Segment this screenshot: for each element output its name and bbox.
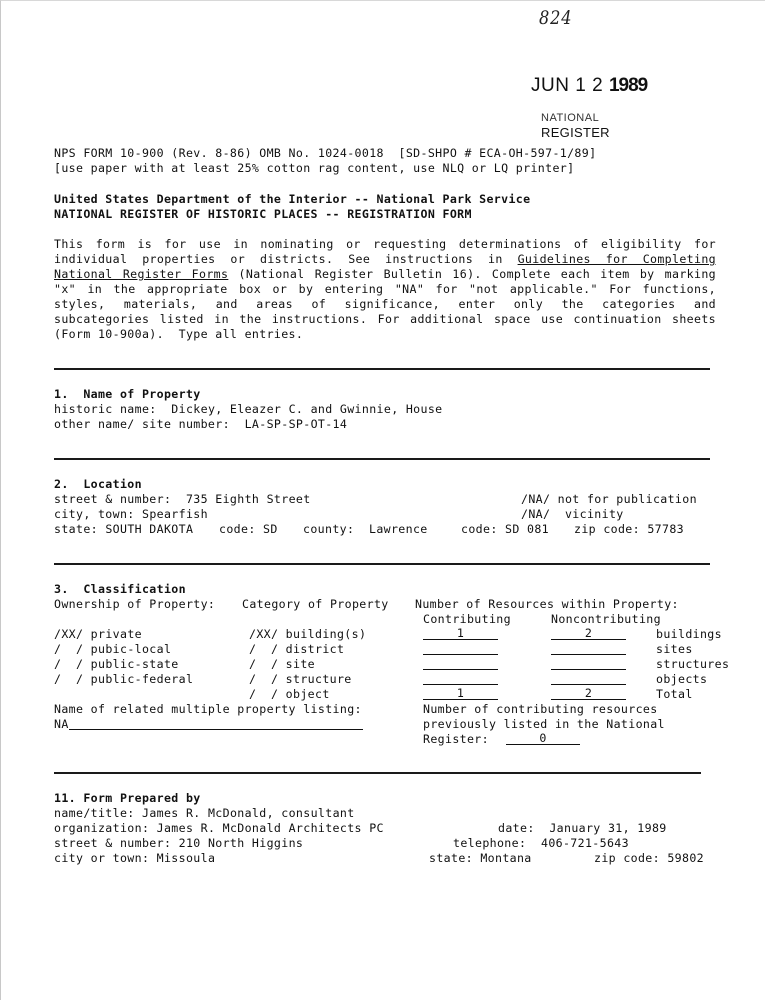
- guidelines-link: Guidelines for Completing: [518, 252, 716, 266]
- organization-row: organization: James R. McDonald Architec…: [54, 821, 384, 836]
- date-value: January 31, 1989: [549, 821, 666, 835]
- instructions-text: individual properties or districts. See …: [54, 252, 518, 266]
- form-number-line: NPS FORM 10-900 (Rev. 8-86) OMB No. 1024…: [54, 146, 596, 161]
- preparer-state-value: Montana: [480, 851, 531, 865]
- contributing-structures: [423, 657, 498, 670]
- contributing-sites: [423, 642, 498, 655]
- preparer-state-label: state:: [429, 851, 473, 865]
- instructions-text: (National Register Bulletin 16). Complet…: [228, 267, 716, 281]
- street-row: street & number: 735 Eighth Street: [54, 492, 311, 507]
- registration-form-page: 824 JUN 1 2 1989 NATIONAL REGISTER NPS F…: [0, 0, 765, 1000]
- instructions-line-1: This form is for use in nominating or re…: [54, 237, 716, 252]
- option-label: object: [286, 687, 330, 701]
- checkbox-mark: /XX/: [54, 627, 83, 641]
- noncontributing-label: Noncontributing: [551, 612, 661, 627]
- ownership-public-local: / / pubic-local: [54, 642, 171, 657]
- state-label: state:: [54, 522, 98, 536]
- checkbox-mark: / /: [249, 672, 278, 686]
- county-code: code: SD 081: [461, 522, 549, 537]
- street-value: 735 Eighth Street: [186, 492, 311, 506]
- checkbox-mark: /XX/: [249, 627, 278, 641]
- preparer-zip-label: zip code:: [594, 851, 660, 865]
- state-value: SOUTH DAKOTA: [105, 522, 193, 536]
- handwritten-page-number: 824: [539, 7, 572, 29]
- county-value: Lawrence: [369, 522, 428, 536]
- category-buildings: /XX/ building(s): [249, 627, 366, 642]
- county-code-label: code:: [461, 522, 498, 536]
- historic-name-row: historic name: Dickey, Eleazer C. and Gw…: [54, 402, 443, 417]
- section-divider: [54, 772, 701, 774]
- option-label: public-state: [91, 657, 179, 671]
- historic-name-label: historic name:: [54, 402, 157, 416]
- noncontributing-total: 2: [551, 687, 626, 700]
- vicinity: /NA/ vicinity: [521, 507, 624, 522]
- option-label: district: [286, 642, 345, 656]
- option-label: structure: [286, 672, 352, 686]
- preparer-street-row: street & number: 210 North Higgins: [54, 836, 303, 851]
- city-value: Spearfish: [142, 507, 208, 521]
- ownership-public-federal: / / public-federal: [54, 672, 193, 687]
- option-label: public-federal: [91, 672, 194, 686]
- option-label: building(s): [286, 627, 367, 641]
- instructions-line-6: subcategories listed in the instructions…: [54, 312, 716, 327]
- organization-value: James R. McDonald Architects PC: [157, 821, 384, 835]
- instructions-line-4: "x" in the appropriate box or by enterin…: [54, 282, 716, 297]
- preparer-state-row: state: Montana: [429, 851, 532, 866]
- category-district: / / district: [249, 642, 344, 657]
- category-site: / / site: [249, 657, 315, 672]
- resource-label-structures: structures: [656, 657, 729, 672]
- section-divider: [54, 458, 710, 460]
- city-label: city, town:: [54, 507, 135, 521]
- ownership-private: /XX/ private: [54, 627, 142, 642]
- street-label: street & number:: [54, 492, 171, 506]
- date-row: date: January 31, 1989: [498, 821, 667, 836]
- county: county: Lawrence: [303, 522, 428, 537]
- resource-label-buildings: buildings: [656, 627, 722, 642]
- city-row: city, town: Spearfish: [54, 507, 208, 522]
- preparer-city-label: city or town:: [54, 851, 149, 865]
- noncontributing-buildings: 2: [551, 627, 626, 640]
- option-label: pubic-local: [91, 642, 172, 656]
- preparer-street-value: 210 North Higgins: [179, 836, 304, 850]
- other-name-label: other name/ site number:: [54, 417, 230, 431]
- checkbox-mark: / /: [249, 657, 278, 671]
- option-label: private: [91, 627, 142, 641]
- preparer-name-label: name/title:: [54, 806, 135, 820]
- resources-label: Number of Resources within Property:: [415, 597, 679, 612]
- resource-label-sites: sites: [656, 642, 693, 657]
- preparer-name-value: James R. McDonald, consultant: [142, 806, 355, 820]
- noncontributing-objects: [551, 672, 626, 685]
- county-code-value: SD 081: [505, 522, 549, 536]
- preparer-street-label: street & number:: [54, 836, 171, 850]
- telephone-row: telephone: 406-721-5643: [453, 836, 629, 851]
- historic-name-value: Dickey, Eleazer C. and Gwinnie, House: [171, 402, 442, 416]
- other-name-value: LA-SP-SP-OT-14: [245, 417, 348, 431]
- contributing-buildings: 1: [423, 627, 498, 640]
- previously-listed-line-1: Number of contributing resources: [423, 702, 658, 717]
- zip-value: 57783: [647, 522, 684, 536]
- zip-label: zip code:: [574, 522, 640, 536]
- date-label: date:: [498, 821, 535, 835]
- stamp-national: NATIONAL: [541, 112, 599, 124]
- section-2-heading: 2. Location: [54, 477, 142, 492]
- category-label: Category of Property: [242, 597, 389, 612]
- category-structure: / / structure: [249, 672, 352, 687]
- instructions-line-2: individual properties or districts. See …: [54, 252, 716, 267]
- instructions-line-3: National Register Forms (National Regist…: [54, 267, 716, 282]
- state-code-label: code:: [219, 522, 256, 536]
- ownership-public-state: / / public-state: [54, 657, 179, 672]
- preparer-city-row: city or town: Missoula: [54, 851, 215, 866]
- previously-listed-value: 0: [506, 732, 580, 745]
- county-label: county:: [303, 522, 354, 536]
- other-name-row: other name/ site number: LA-SP-SP-OT-14: [54, 417, 347, 432]
- multiple-listing-value: NA: [54, 717, 69, 732]
- agency-title: United States Department of the Interior…: [54, 192, 530, 207]
- checkbox-mark: / /: [249, 642, 278, 656]
- stamp-day: 1 2: [575, 75, 603, 96]
- preparer-city-value: Missoula: [157, 851, 216, 865]
- preparer-zip-row: zip code: 59802: [594, 851, 704, 866]
- ownership-label: Ownership of Property:: [54, 597, 215, 612]
- contributing-objects: [423, 672, 498, 685]
- paper-instructions-line: [use paper with at least 25% cotton rag …: [54, 161, 574, 176]
- section-1-heading: 1. Name of Property: [54, 387, 201, 402]
- telephone-value: 406-721-5643: [541, 836, 629, 850]
- telephone-label: telephone:: [453, 836, 526, 850]
- stamp-month: JUN: [531, 75, 569, 96]
- multiple-listing-label: Name of related multiple property listin…: [54, 702, 362, 717]
- checkbox-mark: / /: [54, 672, 83, 686]
- section-11-heading: 11. Form Prepared by: [54, 791, 201, 806]
- preparer-zip-value: 59802: [667, 851, 704, 865]
- contributing-total: 1: [423, 687, 498, 700]
- received-date-stamp: JUN 1 2 1989: [531, 75, 647, 97]
- instructions-line-7: (Form 10-900a). Type all entries.: [54, 327, 303, 342]
- form-title: NATIONAL REGISTER OF HISTORIC PLACES -- …: [54, 207, 472, 222]
- resource-label-total: Total: [656, 687, 693, 702]
- previously-listed-line-2: previously listed in the National: [423, 717, 665, 732]
- state-row: state: SOUTH DAKOTA: [54, 522, 193, 537]
- state-code: code: SD: [219, 522, 278, 537]
- not-for-publication: /NA/ not for publication: [521, 492, 697, 507]
- category-object: / / object: [249, 687, 330, 702]
- noncontributing-structures: [551, 657, 626, 670]
- preparer-name-row: name/title: James R. McDonald, consultan…: [54, 806, 355, 821]
- organization-label: organization:: [54, 821, 149, 835]
- state-code-value: SD: [263, 522, 278, 536]
- stamp-year: 1989: [609, 75, 647, 96]
- stamp-register: REGISTER: [541, 125, 610, 140]
- zip: zip code: 57783: [574, 522, 684, 537]
- section-divider: [54, 368, 710, 370]
- section-3-heading: 3. Classification: [54, 582, 186, 597]
- multiple-listing-underline: [69, 729, 363, 730]
- instructions-line-5: styles, materials, and areas of signific…: [54, 297, 716, 312]
- noncontributing-sites: [551, 642, 626, 655]
- option-label: site: [286, 657, 315, 671]
- resource-label-objects: objects: [656, 672, 707, 687]
- previously-listed-label: Register:: [423, 732, 489, 747]
- checkbox-mark: / /: [54, 657, 83, 671]
- contributing-label: Contributing: [423, 612, 511, 627]
- checkbox-mark: / /: [249, 687, 278, 701]
- section-divider: [54, 563, 710, 565]
- nr-forms-link: National Register Forms: [54, 267, 228, 281]
- checkbox-mark: / /: [54, 642, 83, 656]
